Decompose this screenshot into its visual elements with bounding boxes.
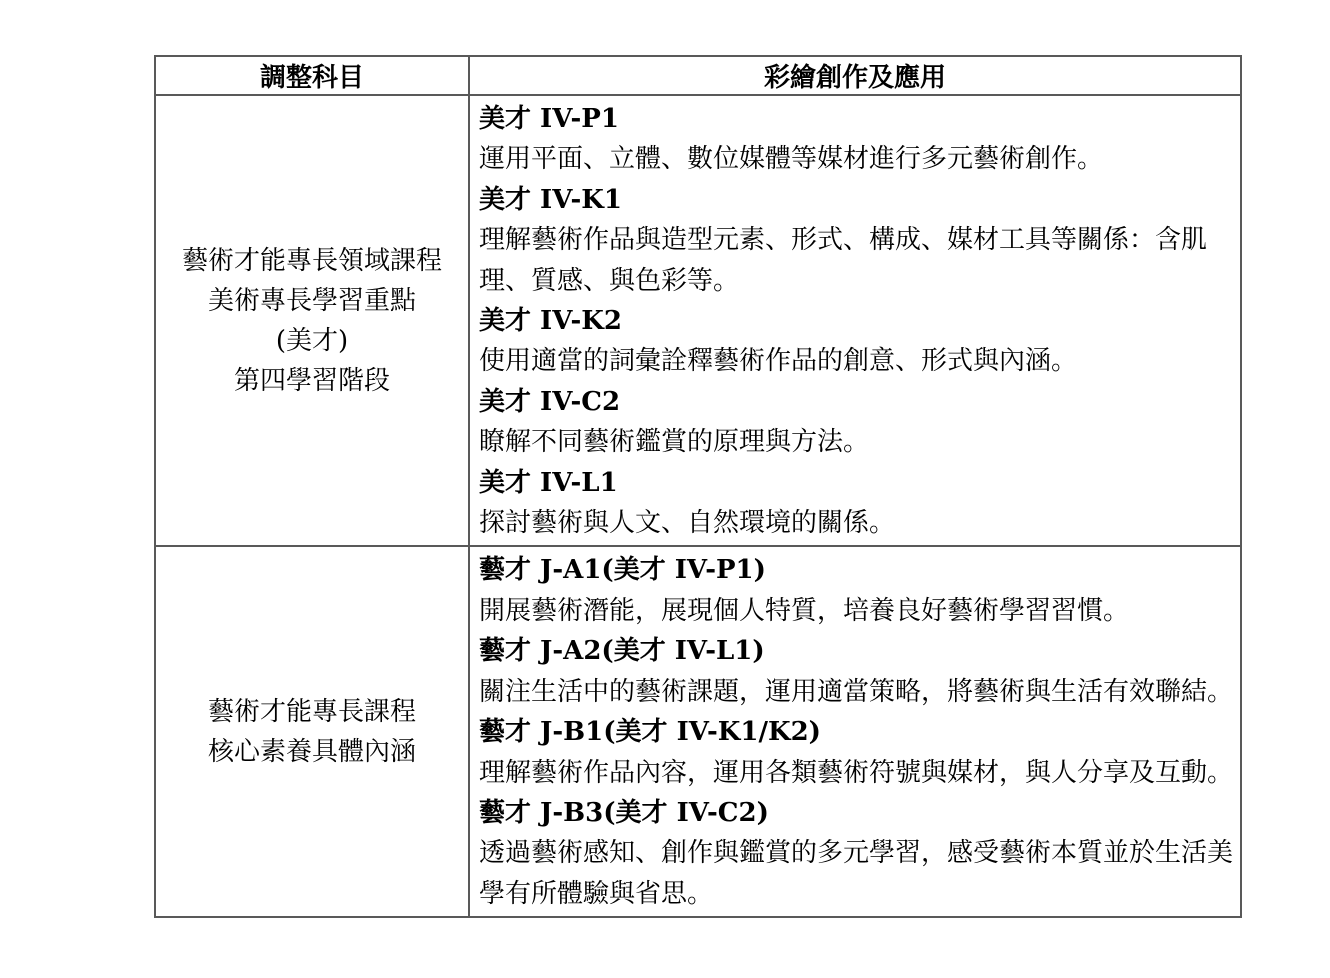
item-code: 美才 IV-K1: [479, 180, 1234, 220]
item-code: 藝才 J-A1(美才 IV-P1): [479, 550, 1234, 590]
item-desc: 運用平面、立體、數位媒體等媒材進行多元藝術創作。: [479, 139, 1234, 179]
row-content-cell: 藝才 J-A1(美才 IV-P1) 開展藝術潛能，展現個人特質，培養良好藝術學習…: [469, 546, 1241, 917]
item-desc: 理解藝術作品內容，運用各類藝術符號與媒材，與人分享及互動。: [479, 753, 1234, 793]
item-desc: 關注生活中的藝術課題，運用適當策略，將藝術與生活有效聯結。: [479, 672, 1234, 712]
label-line: 美術專長學習重點: [160, 281, 464, 321]
item-desc: 透過藝術感知、創作與鑑賞的多元學習，感受藝術本質並於生活美學有所體驗與省思。: [479, 833, 1234, 914]
row-content-cell: 美才 IV-P1 運用平面、立體、數位媒體等媒材進行多元藝術創作。 美才 IV-…: [469, 95, 1241, 546]
table-row: 藝術才能專長領域課程 美術專長學習重點 (美才) 第四學習階段 美才 IV-P1…: [155, 95, 1241, 546]
header-cell-course: 彩繪創作及應用: [469, 56, 1241, 95]
label-line: 藝術才能專長領域課程: [160, 241, 464, 281]
table-row: 藝術才能專長課程 核心素養具體內涵 藝才 J-A1(美才 IV-P1) 開展藝術…: [155, 546, 1241, 917]
item-code: 藝才 J-B3(美才 IV-C2): [479, 793, 1234, 833]
row-label-cell: 藝術才能專長領域課程 美術專長學習重點 (美才) 第四學習階段: [155, 95, 469, 546]
label-line: 藝術才能專長課程: [160, 692, 464, 732]
item-desc: 探討藝術與人文、自然環境的關係。: [479, 503, 1234, 543]
label-line: (美才): [160, 321, 464, 361]
item-code: 美才 IV-P1: [479, 99, 1234, 139]
item-code: 藝才 J-A2(美才 IV-L1): [479, 631, 1234, 671]
label-line: 第四學習階段: [160, 361, 464, 401]
table-header-row: 調整科目 彩繪創作及應用: [155, 56, 1241, 95]
item-desc: 理解藝術作品與造型元素、形式、構成、媒材工具等關係：含肌理、質感、與色彩等。: [479, 220, 1234, 301]
row-label-cell: 藝術才能專長課程 核心素養具體內涵: [155, 546, 469, 917]
curriculum-table: 調整科目 彩繪創作及應用 藝術才能專長領域課程 美術專長學習重點 (美才) 第四…: [154, 55, 1242, 918]
item-desc: 瞭解不同藝術鑑賞的原理與方法。: [479, 422, 1234, 462]
document-page: 調整科目 彩繪創作及應用 藝術才能專長領域課程 美術專長學習重點 (美才) 第四…: [0, 0, 1330, 978]
item-code: 美才 IV-C2: [479, 382, 1234, 422]
item-code: 美才 IV-L1: [479, 463, 1234, 503]
item-desc: 開展藝術潛能，展現個人特質，培養良好藝術學習習慣。: [479, 591, 1234, 631]
header-cell-subject: 調整科目: [155, 56, 469, 95]
item-code: 美才 IV-K2: [479, 301, 1234, 341]
label-line: 核心素養具體內涵: [160, 732, 464, 772]
item-desc: 使用適當的詞彙詮釋藝術作品的創意、形式與內涵。: [479, 341, 1234, 381]
item-code: 藝才 J-B1(美才 IV-K1/K2): [479, 712, 1234, 752]
